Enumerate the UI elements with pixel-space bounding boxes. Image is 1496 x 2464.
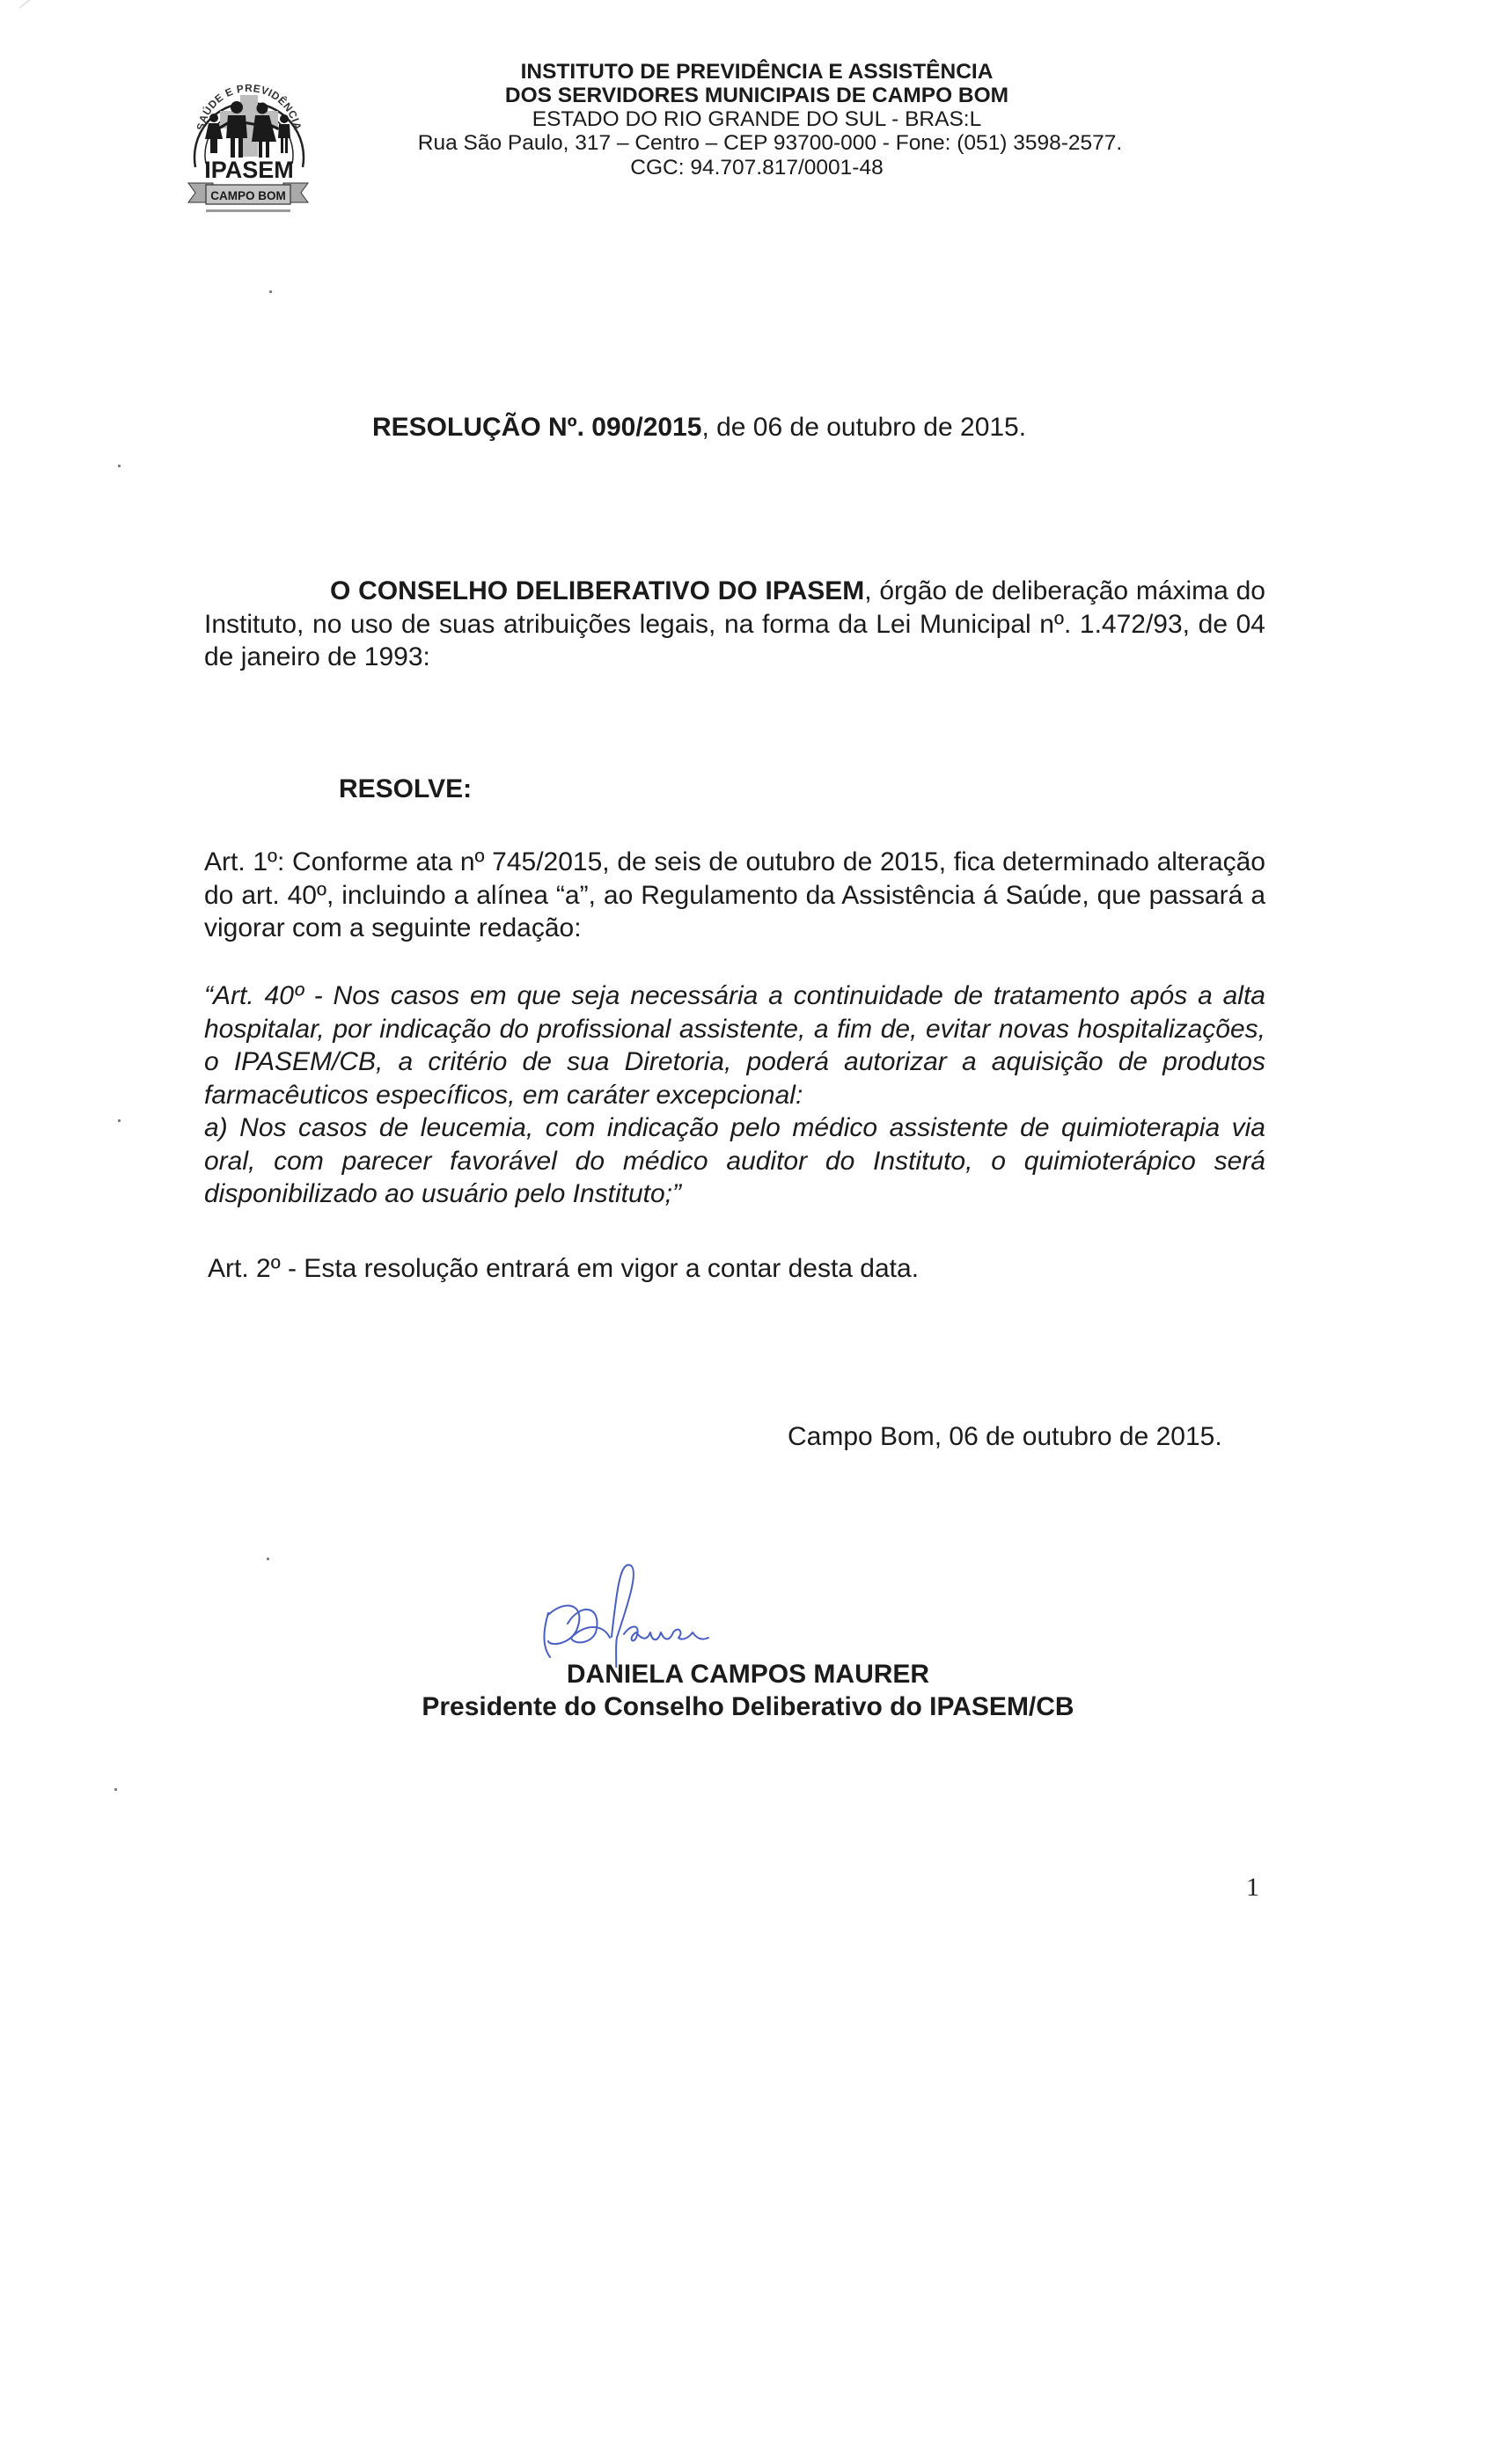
article-2: Art. 2º - Esta resolução entrará em vigo… <box>208 1252 919 1285</box>
header-address: Rua São Paulo, 317 – Centro – CEP 93700-… <box>348 131 1192 155</box>
scan-speck <box>267 1558 269 1560</box>
resolution-date: , de 06 de outubro de 2015. <box>701 413 1026 442</box>
council-name: O CONSELHO DELIBERATIVO DO IPASEM <box>330 576 864 605</box>
ipasem-logo: SAÚDE E PREVIDÊNCIA IPASEM CAMPO BOM <box>187 60 310 218</box>
header-institute-line2: DOS SERVIDORES MUNICIPAIS DE CAMPO BOM <box>334 84 1179 107</box>
handwritten-signature <box>532 1553 796 1668</box>
article-1: Art. 1º: Conforme ata nº 745/2015, de se… <box>204 846 1265 945</box>
signatory-name: DANIELA CAMPOS MAURER <box>352 1659 1144 1690</box>
signatory-role: Presidente do Conselho Deliberativo do I… <box>352 1691 1144 1723</box>
resolution-title: RESOLUÇÃO Nº. 090/2015, de 06 de outubro… <box>372 412 1026 444</box>
preamble-paragraph: O CONSELHO DELIBERATIVO DO IPASEM, órgão… <box>204 575 1265 674</box>
place-and-date: Campo Bom, 06 de outubro de 2015. <box>788 1420 1222 1453</box>
scan-speck <box>118 1119 121 1122</box>
header-institute-line1: INSTITUTO DE PREVIDÊNCIA E ASSISTÊNCIA <box>334 60 1179 84</box>
quoted-article-40-main: “Art. 40º - Nos casos em que seja necess… <box>204 979 1265 1111</box>
scan-speck <box>118 465 121 467</box>
scan-speck <box>114 1788 117 1791</box>
logo-name: IPASEM <box>204 157 294 183</box>
quoted-article-40: “Art. 40º - Nos casos em que seja necess… <box>204 979 1265 1211</box>
page-number: 1 <box>1246 1873 1259 1903</box>
logo-ribbon-text: CAMPO BOM <box>210 189 286 202</box>
header-cgc: CGC: 94.707.817/0001-48 <box>334 156 1179 180</box>
resolve-heading: RESOLVE: <box>339 774 472 804</box>
scan-artifact <box>18 0 53 9</box>
scan-speck <box>269 290 272 293</box>
resolution-number: RESOLUÇÃO Nº. 090/2015 <box>372 413 701 442</box>
header-state: ESTADO DO RIO GRANDE DO SUL - BRAS:L <box>334 107 1179 131</box>
quoted-article-40-item-a: a) Nos casos de leucemia, com indicação … <box>204 1111 1265 1211</box>
